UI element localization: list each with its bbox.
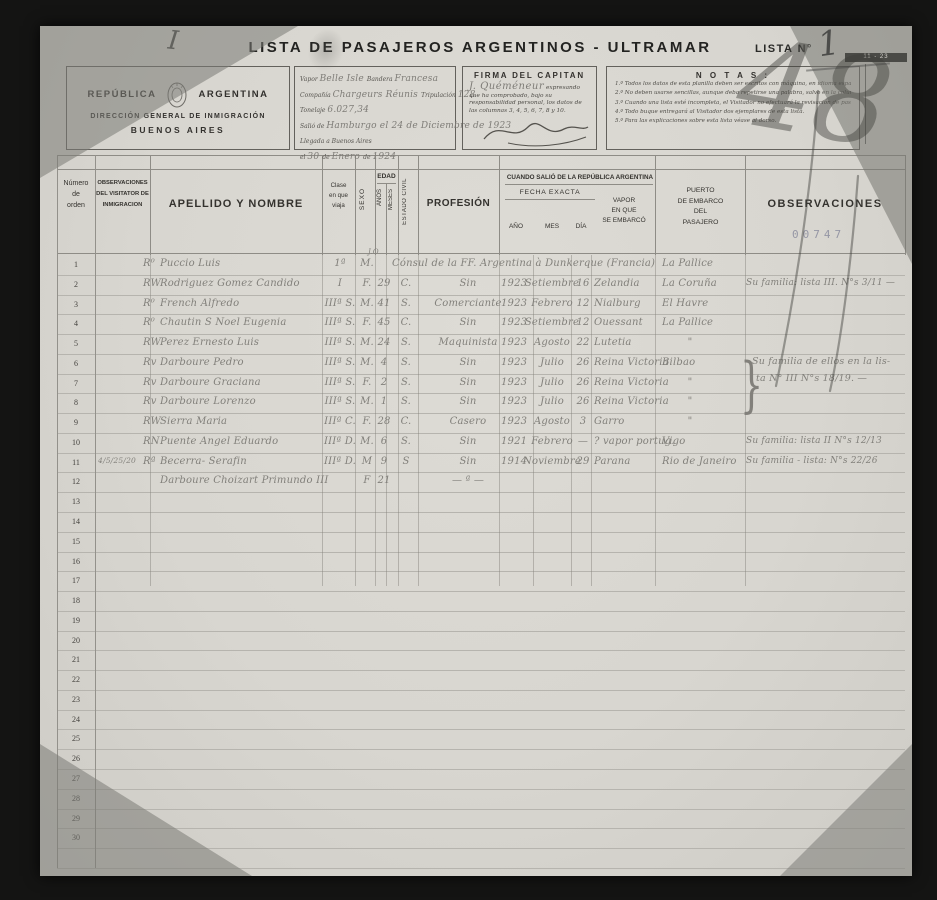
row-rule bbox=[57, 433, 905, 434]
corner-fold-bottom-left bbox=[40, 744, 252, 876]
passenger-puerto: " bbox=[680, 377, 700, 388]
row-rule bbox=[57, 472, 905, 473]
col-header-profesion: PROFESIÓN bbox=[418, 198, 499, 209]
passenger-puerto: El Havre bbox=[662, 298, 708, 309]
passenger-name: Puccio Luis bbox=[160, 258, 220, 269]
ship-info-line: Salió de Hamburgo el 24 de Diciembre de … bbox=[300, 118, 450, 134]
agency-name-left: REPÚBLICA bbox=[88, 89, 157, 100]
col-header-fecha-exacta: FECHA EXACTA bbox=[502, 189, 598, 196]
row-number: 5 bbox=[57, 339, 95, 348]
row-rule bbox=[57, 552, 905, 553]
agency-box: REPÚBLICA ARGENTINA DIRECCIÓN GENERAL DE… bbox=[66, 66, 290, 150]
printed-label: de bbox=[322, 154, 331, 161]
agency-city: BUENOS AIRES bbox=[131, 125, 225, 135]
passenger-name: Darboure Choizart Primundo III bbox=[160, 475, 329, 486]
printed-label: Tonelaje bbox=[300, 107, 327, 114]
row-rule bbox=[57, 729, 905, 730]
column-rule-header bbox=[905, 155, 906, 255]
row-number: 14 bbox=[57, 517, 95, 526]
passenger-edad: 21 bbox=[371, 475, 397, 486]
passenger-mark: Rv bbox=[143, 396, 157, 407]
passenger-mark: Rv bbox=[143, 377, 157, 388]
row-number: 29 bbox=[57, 814, 95, 823]
passenger-mark: Rª bbox=[143, 456, 156, 467]
row-rule bbox=[57, 611, 905, 612]
column-rule-header bbox=[386, 184, 387, 255]
column-rule-header bbox=[398, 155, 399, 255]
column-rule-header bbox=[655, 155, 656, 255]
pencil-roman-numeral: I bbox=[166, 26, 179, 57]
passenger-name: Chautin S Noel Eugenia bbox=[160, 317, 287, 328]
ship-info-line: Tonelaje 6.027,34 bbox=[300, 102, 450, 118]
passenger-name: Darboure Lorenzo bbox=[160, 396, 256, 407]
ship-info-line: Llegada a Buenos Aires bbox=[300, 133, 450, 149]
col-header-meses: MESES bbox=[388, 189, 394, 210]
row-number: 4 bbox=[57, 319, 95, 328]
passenger-civil: S. bbox=[394, 298, 418, 309]
passenger-puerto: La Pallice bbox=[662, 258, 713, 269]
column-rule-body bbox=[418, 255, 419, 586]
row-rule bbox=[57, 453, 905, 454]
column-rule-header bbox=[375, 155, 376, 255]
corner-fold-bottom-right bbox=[780, 744, 912, 876]
passenger-civil: S. bbox=[394, 337, 418, 348]
row-rule bbox=[57, 809, 905, 810]
col-header-mes: MES bbox=[537, 223, 567, 230]
row-rule bbox=[57, 670, 905, 671]
passenger-puerto: La Pallice bbox=[662, 317, 713, 328]
row-rule bbox=[57, 789, 905, 790]
col-header-dia: DÍA bbox=[568, 223, 594, 230]
passenger-vapor: Zelandia bbox=[594, 278, 640, 289]
captain-statement: J. Quéméneur expresando que ha comprobad… bbox=[469, 83, 590, 115]
captain-name-handwritten: J. Quéméneur bbox=[469, 81, 544, 92]
row-number: 2 bbox=[57, 280, 95, 289]
col-header-cuando-salio: CUANDO SALIÓ DE LA REPÚBLICA ARGENTINA bbox=[502, 174, 658, 181]
passenger-puerto: Bilbao bbox=[662, 357, 695, 368]
column-rule-header bbox=[499, 155, 500, 255]
passenger-dia: 16 bbox=[570, 278, 596, 289]
passenger-dia: 12 bbox=[570, 317, 596, 328]
row-number: 19 bbox=[57, 616, 95, 625]
ship-info-line: el 30 de Enero de 1924 bbox=[300, 149, 450, 165]
passenger-mark: R⁰ bbox=[143, 258, 155, 269]
captain-box: FIRMA DEL CAPITAN J. Quéméneur expresand… bbox=[462, 66, 597, 150]
passenger-civil: S. bbox=[394, 377, 418, 388]
passenger-name: Darboure Pedro bbox=[160, 357, 244, 368]
row-number: 21 bbox=[57, 655, 95, 664]
passenger-name: French Alfredo bbox=[160, 298, 239, 309]
passenger-puerto: " bbox=[680, 337, 700, 348]
passenger-name: Becerra- Serafin bbox=[160, 456, 247, 467]
col-header-clase: Clase en que viaja bbox=[321, 181, 356, 211]
passenger-vapor: Reina Victoria bbox=[594, 377, 669, 388]
passenger-sexo: M. bbox=[355, 258, 379, 269]
passenger-puerto: " bbox=[680, 416, 700, 427]
col-header-anos: AÑOS bbox=[377, 189, 383, 206]
passenger-dia: 29 bbox=[570, 456, 596, 467]
col-header-apellido-nombre: APELLIDO Y NOMBRE bbox=[150, 198, 322, 210]
passenger-mark: RW bbox=[143, 337, 161, 348]
row-rule bbox=[57, 828, 905, 829]
ship-info-box: Vapor Belle Isle Bandera Francesa Compañ… bbox=[294, 66, 456, 150]
passenger-obs: Su familia - lista: N°s 22/26 bbox=[746, 456, 878, 466]
passenger-obs2: 4/5/25/20 bbox=[98, 456, 136, 465]
passenger-dia: 12 bbox=[570, 298, 596, 309]
passenger-puerto: La Coruña bbox=[662, 278, 717, 289]
pencil-stroke-tails bbox=[730, 46, 900, 396]
passenger-puerto: Rio de Janeiro bbox=[662, 456, 737, 467]
row-number: 25 bbox=[57, 734, 95, 743]
passenger-name: Perez Ernesto Luis bbox=[160, 337, 259, 348]
passenger-civil: S. bbox=[394, 436, 418, 447]
scanned-document-page: I LISTA DE PASAJEROS ARGENTINOS - ULTRAM… bbox=[40, 26, 912, 876]
row-number: 7 bbox=[57, 379, 95, 388]
row-number: 3 bbox=[57, 300, 95, 309]
row-number: 12 bbox=[57, 477, 95, 486]
row-number: 16 bbox=[57, 557, 95, 566]
ship-info-line: Vapor Belle Isle Bandera Francesa bbox=[300, 71, 450, 87]
row-rule bbox=[57, 591, 905, 592]
row-rule bbox=[57, 848, 905, 849]
handwritten-value: 30 bbox=[307, 152, 322, 162]
passenger-name: Darboure Graciana bbox=[160, 377, 261, 388]
col-header-estado-civil: ESTADO CIVIL bbox=[402, 178, 408, 225]
row-rule bbox=[57, 769, 905, 770]
row-number: 22 bbox=[57, 675, 95, 684]
row-rule bbox=[57, 631, 905, 632]
handwritten-value: 6.027,34 bbox=[327, 105, 369, 115]
row-number: 18 bbox=[57, 596, 95, 605]
row-number: 15 bbox=[57, 537, 95, 546]
passenger-civil: C. bbox=[394, 278, 418, 289]
passenger-mark: R⁰ bbox=[143, 317, 155, 328]
row-number: 24 bbox=[57, 715, 95, 724]
passenger-vapor: Reina Victoria bbox=[594, 396, 669, 407]
row-number: 9 bbox=[57, 418, 95, 427]
passenger-puerto: " bbox=[680, 396, 700, 407]
row-number: 26 bbox=[57, 754, 95, 763]
row-rule bbox=[57, 749, 905, 750]
row-rule bbox=[57, 571, 905, 572]
passenger-dia: 26 bbox=[570, 357, 596, 368]
handwritten-value: Chargeurs Réunis bbox=[333, 90, 421, 100]
passenger-vapor: Reina Victoria bbox=[594, 357, 669, 368]
row-number: 28 bbox=[57, 794, 95, 803]
row-number: 1 bbox=[57, 260, 95, 269]
passenger-vapor: Parana bbox=[594, 456, 631, 467]
row-number: 17 bbox=[57, 576, 95, 585]
row-number: 10 bbox=[57, 438, 95, 447]
col-header-vapor-embarco: VAPOR EN QUE SE EMBARCÓ bbox=[593, 196, 655, 226]
row-rule bbox=[57, 512, 905, 513]
passenger-puerto: Vigo bbox=[662, 436, 685, 447]
passenger-name: Puente Angel Eduardo bbox=[160, 436, 278, 447]
passenger-mark: R⁰ bbox=[143, 298, 155, 309]
passenger-mark: RW bbox=[143, 416, 161, 427]
passenger-mark: RW bbox=[143, 278, 161, 289]
passenger-name: Sierra Maria bbox=[160, 416, 227, 427]
captain-signature bbox=[480, 117, 592, 147]
passenger-name: Rodriguez Gomez Candido bbox=[160, 278, 300, 289]
passenger-vapor: Ouessant bbox=[594, 317, 643, 328]
passenger-civil: S bbox=[394, 456, 418, 467]
row-number: 11 bbox=[57, 458, 95, 467]
passenger-vapor: Lutetia bbox=[594, 337, 632, 348]
page-title: LISTA DE PASAJEROS ARGENTINOS - ULTRAMAR bbox=[220, 39, 740, 56]
passenger-profesion: Cónsul de la FF. Argentina à Dunkerque (… bbox=[392, 258, 655, 269]
row-rule bbox=[57, 650, 905, 651]
passenger-profesion: — ª — bbox=[422, 475, 514, 486]
passenger-dia: 26 bbox=[570, 396, 596, 407]
ship-info-line: Compañía Chargeurs Réunis Tripulación 12… bbox=[300, 87, 450, 103]
row-number: 20 bbox=[57, 636, 95, 645]
row-rule bbox=[57, 413, 905, 414]
printed-label: Tripulación bbox=[421, 92, 458, 99]
row-rule bbox=[57, 532, 905, 533]
coat-of-arms-icon bbox=[166, 82, 188, 108]
row-number: 8 bbox=[57, 398, 95, 407]
passenger-dia: 22 bbox=[570, 337, 596, 348]
row-rule bbox=[57, 690, 905, 691]
column-rule-body bbox=[655, 255, 656, 586]
passenger-mark: Rv bbox=[143, 357, 157, 368]
passenger-vapor: Garro bbox=[594, 416, 625, 427]
row-number: 13 bbox=[57, 497, 95, 506]
row-number: 27 bbox=[57, 774, 95, 783]
passenger-dia: 26 bbox=[570, 377, 596, 388]
printed-label: Salió de bbox=[300, 123, 326, 130]
handwritten-value: 1924 bbox=[372, 152, 396, 162]
row-number: 23 bbox=[57, 695, 95, 704]
passenger-note: J.O bbox=[368, 248, 379, 256]
handwritten-value: Francesa bbox=[395, 74, 439, 84]
passenger-dia: — bbox=[570, 436, 596, 447]
passenger-vapor: Nialburg bbox=[594, 298, 641, 309]
passenger-civil: S. bbox=[394, 396, 418, 407]
passenger-civil: C. bbox=[394, 416, 418, 427]
passenger-obs: Su familia: lista II N°s 12/13 bbox=[746, 436, 882, 446]
printed-label: Vapor bbox=[300, 76, 320, 83]
captain-box-title: FIRMA DEL CAPITAN bbox=[469, 71, 590, 80]
passenger-dia: 3 bbox=[570, 416, 596, 427]
passenger-civil: S. bbox=[394, 357, 418, 368]
passenger-mark: RN bbox=[143, 436, 160, 447]
col-header-numero-orden: Número de orden bbox=[56, 178, 96, 211]
printed-label: Compañía bbox=[300, 92, 333, 99]
handwritten-value: Enero bbox=[332, 152, 363, 162]
handwritten-value: Belle Isle bbox=[320, 74, 367, 84]
printed-label: Bandera bbox=[367, 76, 395, 83]
row-rule bbox=[57, 492, 905, 493]
printed-label: Llegada a Buenos Aires bbox=[300, 138, 372, 145]
row-rule bbox=[57, 868, 905, 869]
col-header-sexo: SEXO bbox=[359, 188, 366, 210]
col-header-ano: AÑO bbox=[501, 223, 531, 230]
passenger-civil: C. bbox=[394, 317, 418, 328]
column-rule bbox=[95, 155, 96, 868]
col-header-observaciones-visitator: OBSERVACIONES DEL VISITATOR DE INMIGRACI… bbox=[92, 178, 153, 211]
agency-direction: DIRECCIÓN GENERAL DE INMIGRACIÓN bbox=[90, 113, 265, 120]
agency-name-right: ARGENTINA bbox=[198, 89, 268, 100]
row-rule bbox=[57, 710, 905, 711]
row-number: 30 bbox=[57, 833, 95, 842]
row-number: 6 bbox=[57, 359, 95, 368]
col-header-edad: EDAD bbox=[373, 173, 400, 180]
